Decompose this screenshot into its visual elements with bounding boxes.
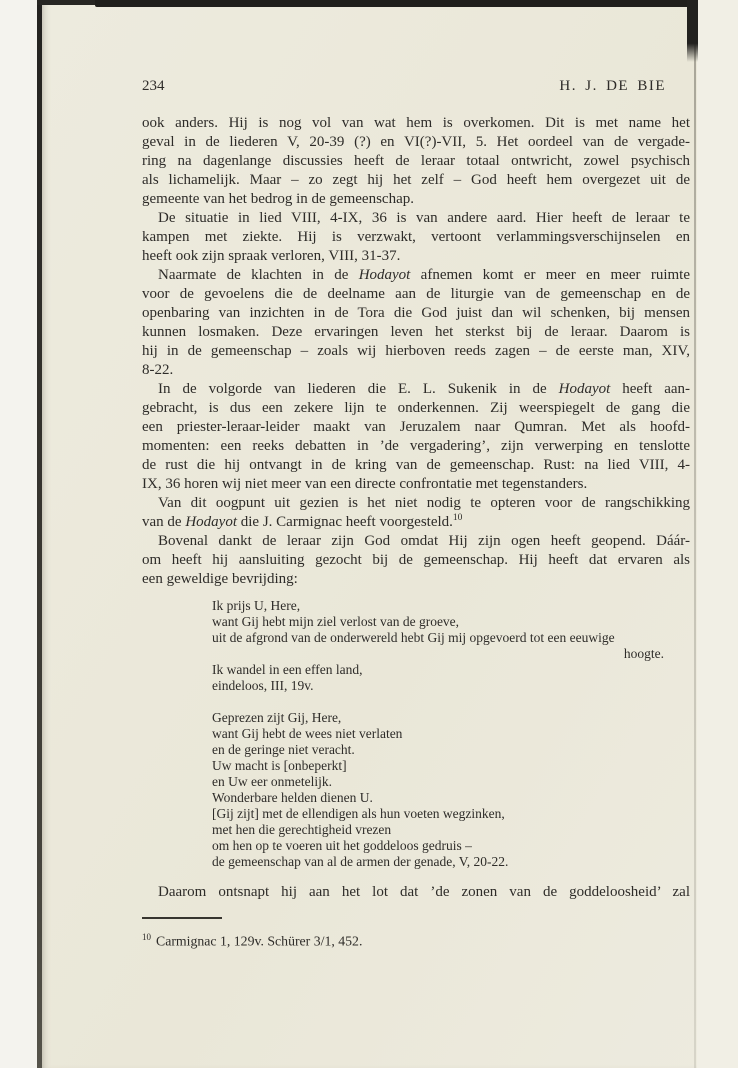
text-line: gemeente van het bedrog in de gemeenscha… xyxy=(142,190,690,209)
text-line: ook anders. Hij is nog vol van wat hem i… xyxy=(142,114,690,133)
text-line: Bovenal dankt de leraar zijn God omdat H… xyxy=(142,532,690,551)
block-quote-1: Ik prijs U, Here, want Gij hebt mijn zie… xyxy=(212,598,690,694)
italic-term-hodayot: Hodayot xyxy=(185,514,237,530)
text-segment: van de xyxy=(142,514,185,530)
text-line: In de volgorde van liederen die E. L. Su… xyxy=(142,380,690,399)
quote-line: de gemeenschap van al de armen der genad… xyxy=(212,854,690,870)
quote-line: [Gij zijt] met de ellendigen als hun voe… xyxy=(212,806,690,822)
text-line: Daarom ontsnapt hij aan het lot dat ’de … xyxy=(142,883,690,902)
text-segment: heeft aan- xyxy=(610,381,690,397)
text-line: heeft ook zijn spraak verloren, VIII, 31… xyxy=(142,247,690,266)
text-line: Van dit oogpunt uit gezien is het niet n… xyxy=(142,494,690,513)
quote-line: Ik wandel in een effen land, xyxy=(212,662,690,678)
scan-right-margin xyxy=(697,0,738,1068)
page-edge-right-line xyxy=(694,0,696,1068)
quote-line: en Uw eer onmetelijk. xyxy=(212,774,690,790)
text-line: een priester-leraar-leider maakt van Jer… xyxy=(142,418,690,437)
quote-line: Uw macht is [onbeperkt] xyxy=(212,758,690,774)
text-line: De situatie in lied VIII, 4-IX, 36 is va… xyxy=(142,209,690,228)
text-segment: afnemen komt er meer en meer ruimte xyxy=(410,267,690,283)
paragraph-5: Van dit oogpunt uit gezien is het niet n… xyxy=(142,494,690,532)
footnote-text: Carmignac 1, 129v. Schürer 3/1, 452. xyxy=(156,934,362,949)
text-line: geval in de liederen V, 20-39 (?) en VI(… xyxy=(142,133,690,152)
paragraph-3: Naarmate de klachten in de Hodayot afnem… xyxy=(142,266,690,380)
quote-line: met hen die gerechtigheid vrezen xyxy=(212,822,690,838)
quote-line: Geprezen zijt Gij, Here, xyxy=(212,710,690,726)
text-line: kunnen losmaken. Deze ervaringen leven h… xyxy=(142,323,690,342)
running-head: H. J. DE BIE xyxy=(559,78,666,95)
text-line: openbaring van inzichten in de Tora die … xyxy=(142,304,690,323)
page-number: 234 xyxy=(142,78,165,95)
text-segment: Naarmate de klachten in de xyxy=(158,267,359,283)
quote-line: Ik prijs U, Here, xyxy=(212,598,690,614)
page-header: 234 H. J. DE BIE xyxy=(142,78,690,97)
text-line: Naarmate de klachten in de Hodayot afnem… xyxy=(142,266,690,285)
text-line: voor de gevoelens die de deelname aan de… xyxy=(142,285,690,304)
quote-line: en de geringe niet veracht. xyxy=(212,742,690,758)
text-line: een geweldige bevrijding: xyxy=(142,570,690,589)
italic-term-hodayot: Hodayot xyxy=(359,267,411,283)
text-line: IX, 36 horen wij niet meer van een direc… xyxy=(142,475,690,494)
text-segment: die J. Carmignac heeft voorgesteld. xyxy=(237,514,453,530)
scanned-page: 234 H. J. DE BIE ook anders. Hij is nog … xyxy=(0,0,738,1068)
text-line: de rust die hij ontvangt in de kring van… xyxy=(142,456,690,475)
quote-line: om hen op te voeren uit het goddeloos ge… xyxy=(212,838,690,854)
body-text: ook anders. Hij is nog vol van wat hem i… xyxy=(142,114,690,950)
paragraph-2: De situatie in lied VIII, 4-IX, 36 is va… xyxy=(142,209,690,266)
paragraph-4: In de volgorde van liederen die E. L. Su… xyxy=(142,380,690,494)
text-line: als lichamelijk. Maar – zo zegt hij het … xyxy=(142,171,690,190)
text-line: momenten: een reeks debatten in ’de verg… xyxy=(142,437,690,456)
quote-line: want Gij hebt de wees niet verlaten xyxy=(212,726,690,742)
paragraph-6: Bovenal dankt de leraar zijn God omdat H… xyxy=(142,532,690,589)
quote-line: eindeloos, III, 19v. xyxy=(212,678,690,694)
paragraph-7: Daarom ontsnapt hij aan het lot dat ’de … xyxy=(142,883,690,902)
footnote: 10Carmignac 1, 129v. Schürer 3/1, 452. xyxy=(142,929,690,950)
footnote-reference: 10 xyxy=(453,513,463,523)
quote-line: want Gij hebt mijn ziel verlost van de g… xyxy=(212,614,690,630)
quote-line-hanging: hoogte. xyxy=(212,646,690,662)
quote-line: uit de afgrond van de onderwereld hebt G… xyxy=(212,630,690,646)
quote-line: Wonderbare helden dienen U. xyxy=(212,790,690,806)
text-line: kampen met ziekte. Hij is verzwakt, vert… xyxy=(142,228,690,247)
italic-term-hodayot: Hodayot xyxy=(559,381,611,397)
footnote-separator-rule xyxy=(142,917,222,919)
scan-edge-left xyxy=(37,0,42,1068)
text-line: van de Hodayot die J. Carmignac heeft vo… xyxy=(142,513,690,532)
text-column: 234 H. J. DE BIE ook anders. Hij is nog … xyxy=(142,0,690,950)
block-quote-2: Geprezen zijt Gij, Here, want Gij hebt d… xyxy=(212,710,690,870)
text-line: hij in de gemeenschap – zoals wij hierbo… xyxy=(142,342,690,361)
footnote-marker: 10 xyxy=(142,932,151,942)
text-line: 8-22. xyxy=(142,361,690,380)
text-line: om heeft hij aansluiting gezocht bij de … xyxy=(142,551,690,570)
text-line: gebracht, is dus een zekere lijn te onde… xyxy=(142,399,690,418)
text-line: ring na dagenlange discussies heeft de l… xyxy=(142,152,690,171)
text-segment: In de volgorde van liederen die E. L. Su… xyxy=(158,381,559,397)
paragraph-1: ook anders. Hij is nog vol van wat hem i… xyxy=(142,114,690,209)
